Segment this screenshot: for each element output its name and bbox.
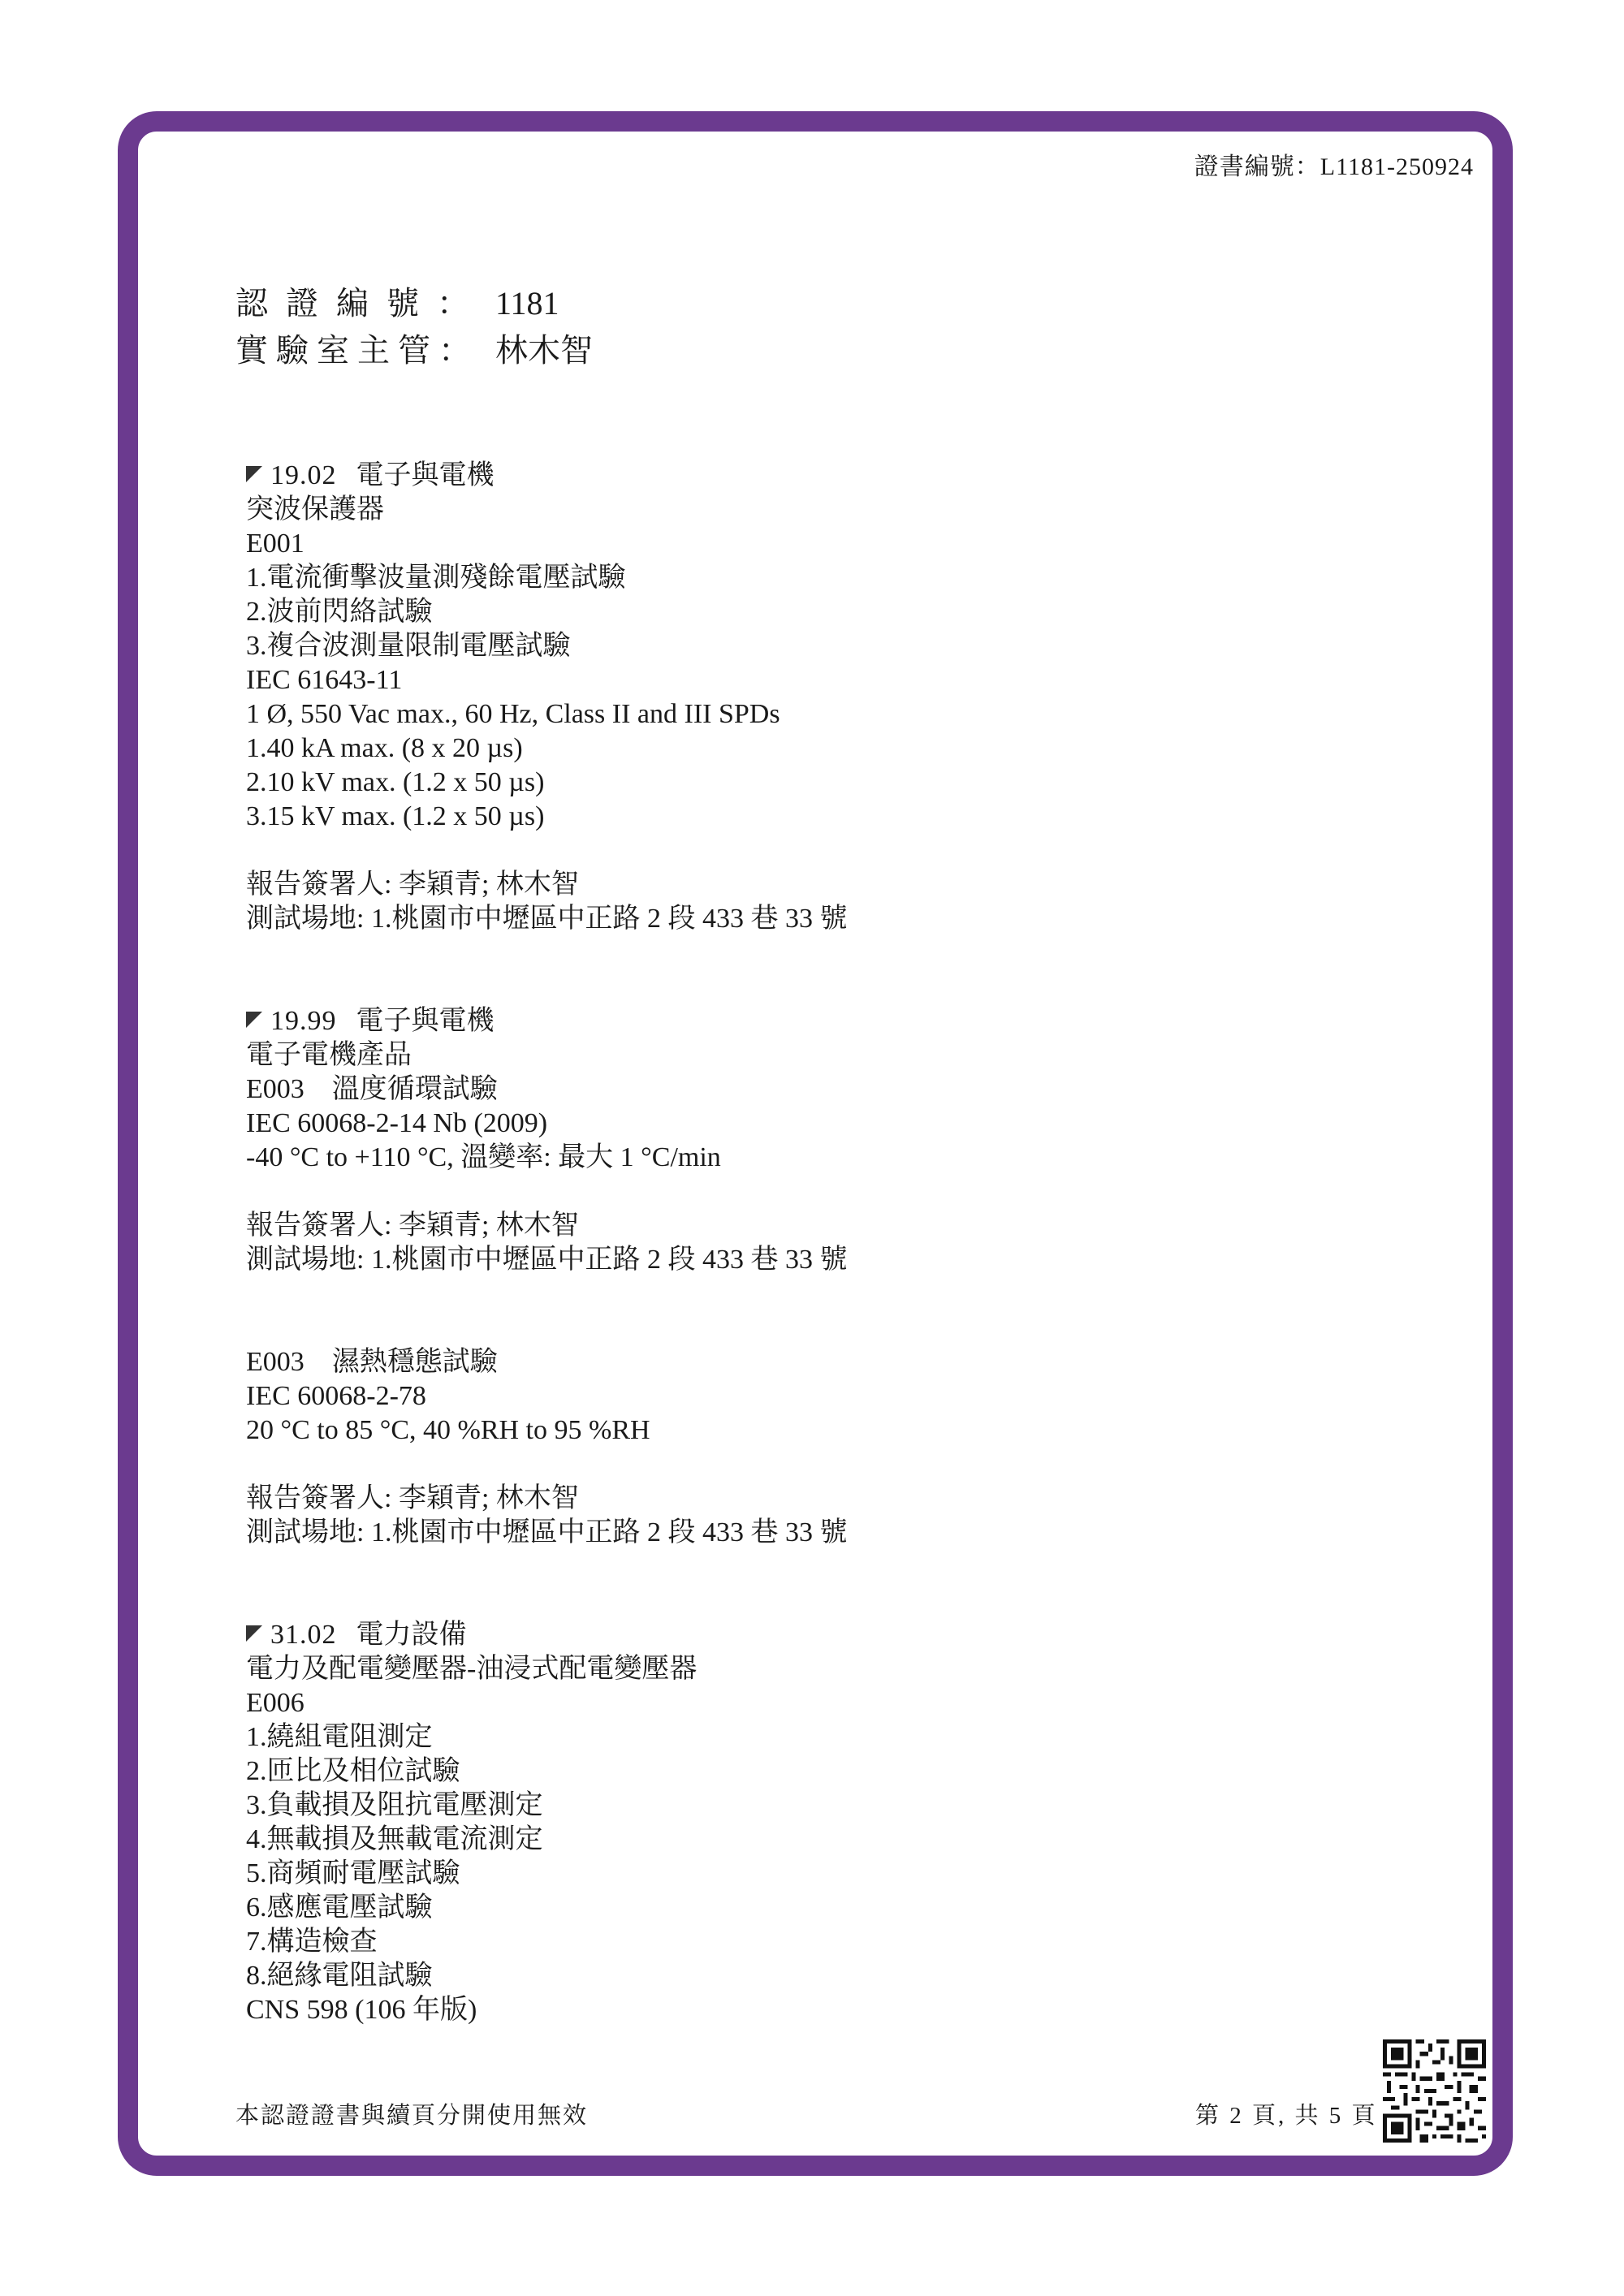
standard-line: IEC 60068-2-78: [246, 1379, 847, 1413]
section-heading: 31.02電力設備: [246, 1618, 847, 1652]
certificate-number: 證書編號：L1181-250924: [1194, 146, 1474, 182]
triangle-marker-icon: [246, 466, 262, 482]
test-line: E001: [246, 527, 847, 561]
accreditation-value: 1181: [495, 280, 559, 327]
validity-notice: 本認證證書與續頁分開使用無效: [235, 2097, 588, 2130]
page-indicator: 第 2 頁, 共 5 頁: [1195, 2097, 1378, 2130]
section-heading: 19.02電子與電機: [246, 459, 847, 493]
test-location: 測試場地: 1.桃園市中壢區中正路 2 段 433 巷 33 號: [246, 1516, 847, 1550]
range-line: 3.15 kV max. (1.2 x 50 µs): [246, 800, 847, 834]
signatories: 報告簽署人: 李穎青; 林木智: [246, 1482, 847, 1516]
test-line: 8.絕緣電阻試驗: [246, 1959, 847, 1993]
lab-manager-label: 實驗室主管：: [235, 327, 495, 374]
test-line: 7.構造檢查: [246, 1925, 847, 1959]
test-line: E003 濕熱穩態試驗: [246, 1345, 847, 1379]
lab-manager-row: 實驗室主管： 林木智: [235, 327, 593, 374]
test-location: 測試場地: 1.桃園市中壢區中正路 2 段 433 巷 33 號: [246, 902, 847, 936]
section-19-02: 19.02電子與電機 突波保護器 E001 1.電流衝擊波量測殘餘電壓試驗 2.…: [246, 459, 847, 936]
qr-code-graphic: [1383, 2039, 1486, 2143]
range-line: 1 Ø, 550 Vac max., 60 Hz, Class II and I…: [246, 697, 847, 732]
standard-line: IEC 61643-11: [246, 663, 847, 697]
scope-content: 19.02電子與電機 突波保護器 E001 1.電流衝擊波量測殘餘電壓試驗 2.…: [246, 459, 847, 2027]
standard-line: CNS 598 (106 年版): [246, 1993, 847, 2027]
section-31-02: 31.02電力設備 電力及配電變壓器-油浸式配電變壓器 E006 1.繞組電阻測…: [246, 1618, 847, 2027]
range-line: 1.40 kA max. (8 x 20 µs): [246, 732, 847, 766]
test-line: 1.繞組電阻測定: [246, 1720, 847, 1754]
section-heading: 19.99電子與電機: [246, 1004, 847, 1038]
test-line: 5.商頻耐電壓試驗: [246, 1857, 847, 1891]
section-19-99-humidity: E003 濕熱穩態試驗 IEC 60068-2-78 20 °C to 85 °…: [246, 1345, 847, 1550]
lab-manager-value: 林木智: [495, 327, 593, 374]
certificate-header: 認證編號： 1181 實驗室主管： 林木智: [235, 280, 593, 374]
test-line: 4.無載損及無載電流測定: [246, 1823, 847, 1857]
test-line: 3.負載損及阻抗電壓測定: [246, 1789, 847, 1823]
signatories: 報告簽署人: 李穎青; 林木智: [246, 868, 847, 902]
test-line: 3.複合波測量限制電壓試驗: [246, 629, 847, 663]
qr-code-icon[interactable]: [1383, 2039, 1486, 2143]
test-line: E003 溫度循環試驗: [246, 1072, 847, 1107]
test-line: 1.電流衝擊波量測殘餘電壓試驗: [246, 561, 847, 595]
test-location: 測試場地: 1.桃園市中壢區中正路 2 段 433 巷 33 號: [246, 1243, 847, 1277]
section-19-99: 19.99電子與電機 電子電機產品 E003 溫度循環試驗 IEC 60068-…: [246, 1004, 847, 1277]
product-name: 電子電機產品: [246, 1038, 847, 1072]
test-line: E006: [246, 1686, 847, 1720]
standard-line: IEC 60068-2-14 Nb (2009): [246, 1107, 847, 1141]
product-name: 突波保護器: [246, 493, 847, 527]
range-line: 2.10 kV max. (1.2 x 50 µs): [246, 766, 847, 800]
triangle-marker-icon: [246, 1625, 262, 1642]
test-line: 2.波前閃絡試驗: [246, 595, 847, 629]
signatories: 報告簽署人: 李穎青; 林木智: [246, 1209, 847, 1243]
test-line: 2.匝比及相位試驗: [246, 1754, 847, 1789]
range-line: -40 °C to +110 °C, 溫變率: 最大 1 °C/min: [246, 1141, 847, 1175]
triangle-marker-icon: [246, 1012, 262, 1028]
accreditation-label: 認證編號：: [235, 280, 495, 327]
accreditation-row: 認證編號： 1181: [235, 280, 593, 327]
test-line: 6.感應電壓試驗: [246, 1891, 847, 1925]
product-name: 電力及配電變壓器-油浸式配電變壓器: [246, 1652, 847, 1686]
range-line: 20 °C to 85 °C, 40 %RH to 95 %RH: [246, 1413, 847, 1448]
